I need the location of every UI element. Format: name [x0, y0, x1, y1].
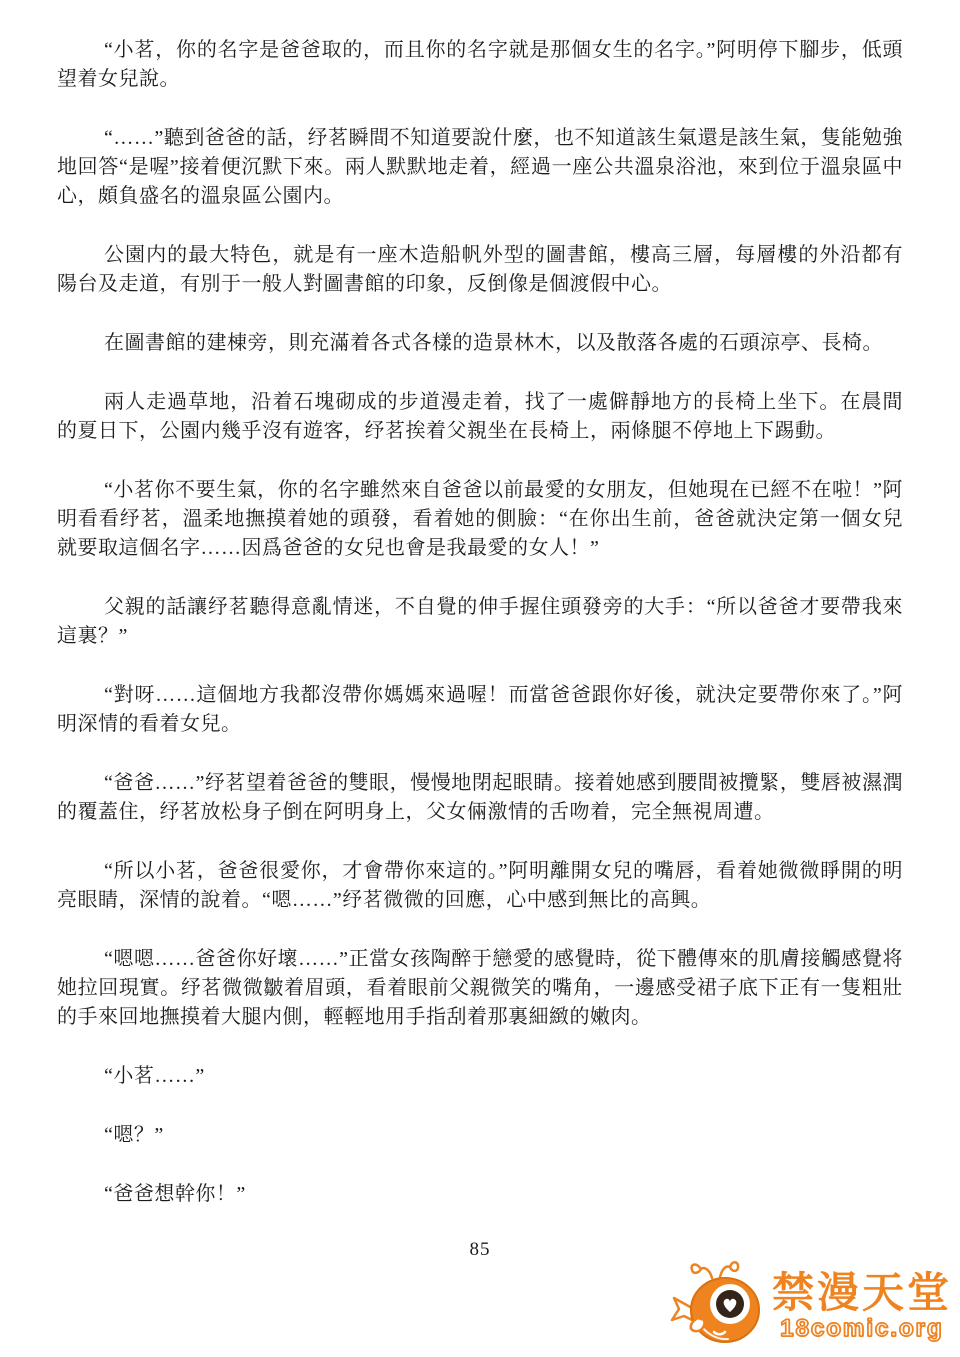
paragraph: 公園内的最大特色，就是有一座木造船帆外型的圖書館，樓高三層，每層樓的外沿都有陽台… — [57, 241, 903, 299]
pufferfish-mascot-icon — [668, 1260, 770, 1353]
paragraph: “爸爸……”纾茗望着爸爸的雙眼，慢慢地閉起眼睛。接着她感到腰間被攬緊，雙唇被濕潤… — [57, 769, 903, 827]
page-number: 85 — [57, 1239, 903, 1261]
watermark-text: 禁漫天堂 18comic.org — [772, 1272, 952, 1341]
paragraph: “嗯？” — [57, 1121, 903, 1150]
paragraph: “小茗，你的名字是爸爸取的，而且你的名字就是那個女生的名字。”阿明停下腳步，低頭… — [57, 36, 903, 94]
paragraph: “……”聽到爸爸的話，纾茗瞬間不知道要說什麼，也不知道該生氣還是該生氣，隻能勉強… — [57, 124, 903, 211]
paragraph: 在圖書館的建棟旁，則充滿着各式各樣的造景林木，以及散落各處的石頭涼亭、長椅。 — [57, 329, 903, 358]
story-text: “小茗，你的名字是爸爸取的，而且你的名字就是那個女生的名字。”阿明停下腳步，低頭… — [0, 0, 960, 1261]
paragraph: “小茗……” — [57, 1062, 903, 1091]
brand-url: 18comic.org — [780, 1317, 943, 1341]
document-page: { "doc": { "paragraphs": [ "“小茗，你的名字是爸爸取… — [0, 0, 960, 1357]
paragraph: “爸爸想幹你！” — [57, 1180, 903, 1209]
paragraph: 兩人走過草地，沿着石塊砌成的步道漫走着，找了一處僻靜地方的長椅上坐下。在晨間的夏… — [57, 388, 903, 446]
watermark-logo: 禁漫天堂 18comic.org — [668, 1260, 952, 1353]
paragraph: “小茗你不要生氣，你的名字雖然來自爸爸以前最愛的女朋友，但她現在已經不在啦！”阿… — [57, 476, 903, 563]
paragraph: “所以小茗，爸爸很愛你，才會帶你來這的。”阿明離開女兒的嘴唇，看着她微微睜開的明… — [57, 857, 903, 915]
paragraph: “對呀……這個地方我都沒帶你媽媽來過喔！而當爸爸跟你好後，就決定要帶你來了。”阿… — [57, 681, 903, 739]
paragraph: “嗯嗯……爸爸你好壞……”正當女孩陶醉于戀愛的感覺時，從下體傳來的肌膚接觸感覺将… — [57, 945, 903, 1032]
paragraph: 父親的話讓纾茗聽得意亂情迷，不自覺的伸手握住頭發旁的大手：“所以爸爸才要帶我來這… — [57, 593, 903, 651]
brand-name: 禁漫天堂 — [772, 1272, 952, 1314]
